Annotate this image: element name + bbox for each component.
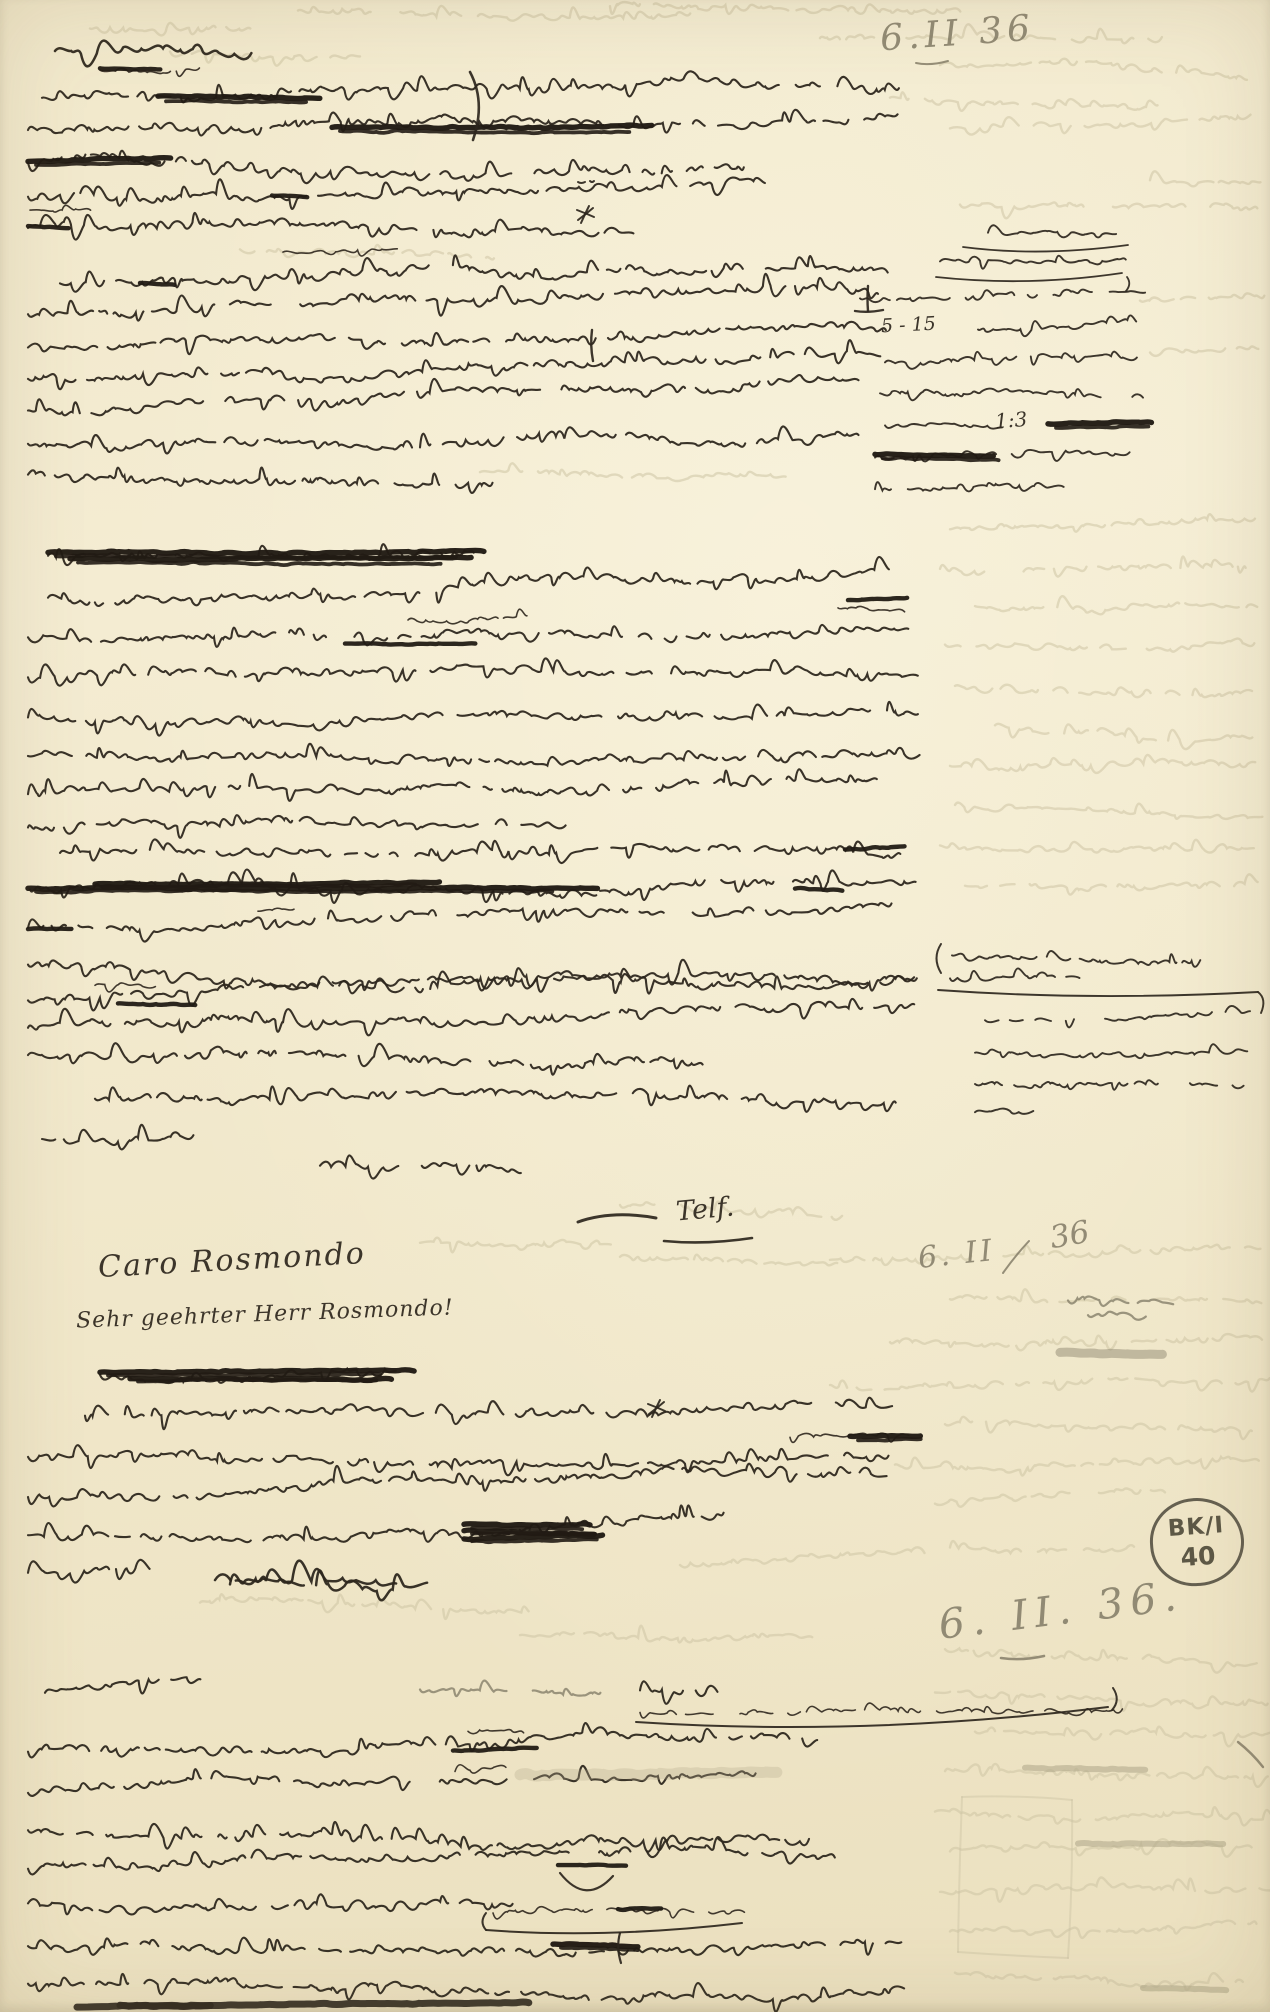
ghost-line — [170, 51, 360, 66]
margin-note-line — [885, 423, 1002, 428]
handwriting-line — [28, 340, 880, 389]
ghost-line — [955, 685, 1252, 697]
mark-stroke — [963, 245, 1128, 252]
handwriting-insert — [455, 1765, 506, 1773]
strikethrough — [100, 68, 160, 69]
strikethrough-heavy — [464, 1524, 590, 1526]
strikethrough-heavy-pass2 — [78, 562, 441, 565]
ghost-line — [945, 1417, 1266, 1439]
archive-stamp-number: 40 — [1180, 1540, 1217, 1571]
margin-note-line — [988, 225, 1116, 237]
pencil-date-middle-year: 36 — [1048, 1217, 1092, 1254]
strikethrough — [618, 1908, 661, 1910]
margin-note-line — [978, 315, 1136, 336]
handwriting-line — [28, 1043, 703, 1074]
ghost-line — [965, 874, 1258, 894]
handwriting-heading — [230, 1561, 396, 1586]
ghost-line — [935, 1807, 1270, 1825]
handwriting-line — [28, 1445, 889, 1475]
ghost-line — [240, 245, 508, 260]
handwriting-line — [640, 1681, 718, 1703]
strikethrough-heavy — [875, 454, 993, 456]
handwriting-insert — [30, 205, 91, 212]
handwriting-line — [28, 175, 765, 209]
margin-note-line — [975, 1080, 1244, 1090]
margin-note-line — [975, 1044, 1247, 1058]
mark-stroke — [936, 273, 1122, 281]
ghost-line — [960, 202, 1257, 218]
ghost-line — [950, 1541, 1134, 1553]
strikethrough — [272, 196, 307, 198]
mark-stroke — [938, 990, 1258, 996]
strikethrough-heavy — [70, 557, 471, 560]
ghost-line — [830, 1245, 1260, 1265]
ghost-line — [620, 1255, 837, 1266]
margin-note-line — [952, 951, 1200, 967]
ghost-line — [950, 514, 1255, 532]
ghost-line — [975, 1727, 1270, 1747]
margin-note-line — [885, 352, 1137, 369]
handwriting-line — [28, 769, 877, 801]
strikethrough-heavy-pass2 — [561, 1948, 638, 1951]
handwriting-line — [95, 1086, 896, 1112]
scan-edge-band — [120, 2005, 210, 2006]
handwriting-line — [60, 839, 900, 863]
mark-stroke — [958, 1952, 1068, 1958]
strikethrough — [140, 283, 174, 285]
ghost-line — [890, 92, 1171, 110]
mark-stroke — [560, 1873, 613, 1890]
strikethrough-heavy-pass2 — [166, 100, 306, 102]
handwriting-line — [28, 426, 858, 453]
handwriting-line — [28, 658, 918, 685]
mark-stroke — [1238, 1742, 1263, 1767]
manuscript-page: 6.II 36 6. II 36 6. II. 36. Telf. Caro R… — [0, 0, 1270, 2012]
handwriting-insert — [640, 1703, 1122, 1718]
ink-smudge-wash — [520, 1772, 777, 1776]
ghost-line — [950, 755, 1255, 773]
ghost-strike-bar — [1025, 1768, 1145, 1770]
strikethrough-heavy — [158, 96, 320, 99]
handwriting-line — [28, 151, 755, 183]
mark-stroke — [962, 1796, 1072, 1800]
handwriting-insert — [408, 609, 527, 624]
handwriting-heading — [55, 41, 251, 67]
handwriting-line — [28, 744, 920, 766]
ghost-line — [940, 1877, 1270, 1901]
handwriting-line — [320, 1155, 521, 1178]
ghost-line — [1140, 293, 1264, 301]
ghost-line — [950, 1289, 1261, 1303]
ghost-line — [995, 724, 1252, 749]
handwriting-line — [85, 1398, 892, 1430]
ghost-line — [520, 1626, 812, 1643]
ghost-line — [298, 6, 690, 21]
archive-stamp-code: BK/I — [1167, 1512, 1225, 1542]
strikethrough — [845, 846, 904, 849]
strikethrough — [28, 928, 71, 929]
strikethrough — [558, 1865, 626, 1866]
strikethrough — [28, 226, 69, 228]
ghost-line — [90, 23, 250, 36]
ghost-line — [680, 1547, 924, 1567]
margin-note-range-value: 5 - 15 — [881, 315, 937, 337]
handwriting-line — [28, 1894, 513, 1914]
margin-note-line — [940, 256, 1126, 269]
mark-stroke — [486, 1923, 742, 1933]
handwriting-line — [28, 903, 908, 941]
strikethrough — [118, 1003, 195, 1005]
ghost-line — [1150, 346, 1258, 355]
mark-stroke — [868, 286, 869, 311]
handwriting-line — [28, 1938, 901, 1957]
mark-stroke — [1068, 1800, 1072, 1958]
handwriting-ink-layer — [28, 41, 1250, 2012]
ghost-line — [950, 1921, 1256, 1938]
mark-stroke — [636, 1707, 1108, 1727]
ghost-line — [940, 59, 1247, 80]
handwriting-line — [45, 1677, 200, 1693]
mark-stroke — [1258, 992, 1263, 1013]
ghost-line — [610, 2, 960, 14]
pencil-scribble — [420, 1681, 600, 1696]
handwriting-line — [28, 1464, 887, 1507]
strikethrough — [795, 888, 842, 891]
signature-telf: Telf. — [675, 1194, 735, 1226]
handwriting-line — [28, 322, 886, 354]
pen-marks-layer — [470, 61, 1263, 1963]
mark-stroke — [578, 182, 585, 183]
ghost-strike-bar — [1078, 1843, 1223, 1844]
handwriting-line — [28, 815, 566, 838]
handwriting-line — [28, 1560, 150, 1583]
strikethrough — [453, 1748, 537, 1751]
margin-note-line — [975, 1109, 1033, 1114]
ghost-line — [935, 1488, 1165, 1506]
manuscript-strokes-canvas — [0, 0, 1270, 2012]
handwriting-line — [28, 1505, 734, 1542]
ghost-line — [1150, 171, 1260, 186]
handwriting-line — [28, 213, 633, 240]
mark-stroke — [590, 181, 594, 182]
mark-stroke — [578, 208, 593, 220]
handwriting-line — [28, 1723, 817, 1757]
strikethrough-heavy — [332, 125, 652, 128]
strikethrough-heavy — [1048, 422, 1151, 424]
ghost-strike-bar — [1143, 1988, 1226, 1990]
margin-note-line — [860, 290, 1145, 303]
ghost-line — [890, 1334, 1262, 1350]
handwriting-line — [42, 1125, 193, 1150]
strikethrough-heavy-pass2 — [1056, 426, 1148, 428]
strikethrough-heavy-pass2 — [340, 130, 629, 133]
margin-note-line — [875, 482, 1064, 491]
strikethrough — [848, 598, 907, 600]
handwriting-line — [28, 468, 492, 493]
strikethrough-heavy-pass2 — [858, 1439, 921, 1441]
ghost-line — [480, 463, 786, 481]
handwriting-line — [600, 870, 916, 900]
pencil-date-middle-day-month: 6. II — [917, 1236, 997, 1274]
margin-note-line — [880, 389, 1143, 401]
strikethrough-heavy-pass2 — [138, 1379, 376, 1382]
ghost-line — [830, 1378, 1270, 1391]
strikethrough-heavy — [850, 1435, 920, 1436]
strikethrough-heavy-pass2 — [883, 458, 999, 461]
handwriting-insert — [468, 1730, 540, 1734]
strikethrough-heavy — [48, 550, 484, 554]
mark-stroke — [937, 944, 942, 973]
handwriting-line — [28, 702, 918, 736]
ghost-line — [945, 1648, 1257, 1672]
pencil-scribble — [1088, 1312, 1158, 1320]
margin-note-line — [950, 968, 1079, 981]
handwriting-insert — [258, 908, 294, 911]
handwriting-insert — [95, 983, 155, 992]
ghost-line — [940, 557, 1252, 577]
handwriting-line — [28, 274, 895, 321]
mark-stroke — [1126, 277, 1129, 291]
ghost-line — [975, 596, 1257, 614]
margin-note-line — [985, 1006, 1250, 1027]
mark-stroke — [483, 1913, 487, 1930]
ghost-line — [940, 840, 1268, 853]
strikethrough — [345, 643, 475, 644]
ghost-line — [420, 1238, 611, 1253]
ghost-line — [200, 1594, 537, 1619]
pencil-smudge — [1060, 1352, 1162, 1354]
ghost-line — [950, 115, 1251, 135]
mark-stroke — [591, 330, 593, 361]
ghost-line — [955, 803, 1262, 819]
ghost-line — [945, 639, 1254, 652]
strikethrough-heavy-pass2 — [108, 1373, 380, 1375]
ghost-line — [895, 1457, 1259, 1476]
margin-note-ratio-value: 1:3 — [994, 409, 1028, 431]
mark-stroke — [578, 1215, 656, 1222]
handwriting-insert — [838, 606, 905, 611]
mark-stroke — [664, 1238, 752, 1242]
strikethrough-heavy-pass2 — [36, 890, 552, 893]
